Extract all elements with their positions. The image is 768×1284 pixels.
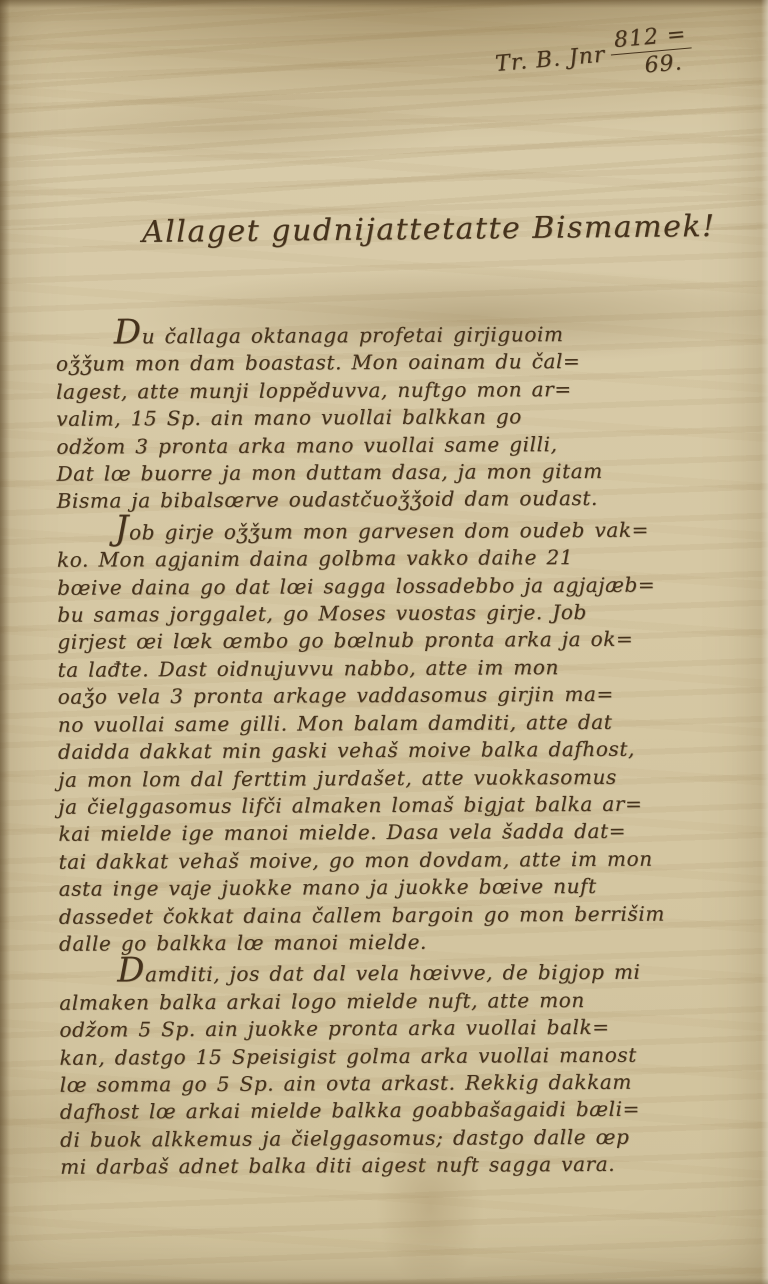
letter-line: daidda dakkat min gaski vehaš moive balk…	[58, 735, 734, 766]
letter-line: ja mon lom dal ferttim jurdašet, atte vu…	[58, 763, 734, 794]
page-edge-highlight-right	[761, 0, 768, 1284]
salutation: Allaget gudnijattetatte Bismamek!	[142, 209, 716, 250]
page-edge-shadow-left	[0, 0, 10, 1284]
registry-year: 69.	[612, 48, 694, 81]
page-edge-shadow-bottom	[0, 1278, 768, 1284]
registry-prefix: Tr. B. Jnr	[494, 43, 606, 78]
letter-line: bœive daina go dat lœi sagga lossadebbo …	[57, 571, 733, 602]
letter-line: Job girje oǯǯum mon garvesen dom oudeb v…	[57, 512, 733, 547]
letter-line: dassedet čokkat daina čallem bargoin go …	[59, 900, 735, 931]
letter-line: mi darbaš adnet balka diti aigest nuft s…	[60, 1150, 736, 1181]
letter-line: Bisma ja bibalsœrve oudastčuoǯǯoid dam o…	[57, 485, 733, 516]
registry-number-fraction: 812 =69.	[609, 22, 694, 82]
letter-line: tai dakkat vehaš moive, go mon dovdam, a…	[59, 845, 735, 876]
letter-line: dafhost lœ arkai mielde balkka goabbašag…	[60, 1096, 736, 1127]
letter-line: dalle go balkka lœ manoi mielde.	[59, 927, 735, 958]
letter-line: oǯǯum mon dam boastast. Mon oainam du ča…	[56, 348, 732, 379]
letter-line: bu samas jorggalet, go Moses vuostas gir…	[57, 598, 733, 629]
letter-line: odžom 3 pronta arka mano vuollai same gi…	[56, 430, 732, 461]
registry-note: Tr. B. Jnr812 =69.	[493, 22, 694, 92]
page-edge-shadow-top	[0, 0, 768, 8]
letter-line: oaǯo vela 3 pronta arkage vaddasomus gir…	[58, 681, 734, 712]
letter-line: Dat lœ buorre ja mon duttam dasa, ja mon…	[56, 457, 732, 488]
letter-line: kan, dastgo 15 Speisigist golma arka vuo…	[60, 1041, 736, 1072]
scanned-letter-page: Tr. B. Jnr812 =69. Allaget gudnijattetat…	[0, 0, 768, 1284]
letter-body: Du čallaga oktanaga profetai girjiguoimo…	[56, 316, 737, 1181]
letter-line: lœ somma go 5 Sp. ain ovta arkast. Rekki…	[60, 1068, 736, 1099]
letter-line: odžom 5 Sp. ain juokke pronta arka vuoll…	[59, 1013, 735, 1044]
letter-line: di buok alkkemus ja čielggasomus; dastgo…	[60, 1123, 736, 1154]
letter-line: valim, 15 Sp. ain mano vuollai balkkan g…	[56, 402, 732, 433]
letter-line: almaken balka arkai logo mielde nuft, at…	[59, 986, 735, 1017]
letter-line: ja čielggasomus lifči almaken lomaš bigj…	[58, 790, 734, 821]
letter-line: ta lađte. Dast oidnujuvvu nabbo, atte im…	[58, 653, 734, 684]
letter-line: no vuollai same gilli. Mon balam damditi…	[58, 708, 734, 739]
letter-line: Du čallaga oktanaga profetai girjiguoim	[56, 316, 732, 351]
letter-line: asta inge vaje juokke mano ja juokke bœi…	[59, 872, 735, 903]
letter-line: Damditi, jos dat dal vela hœivve, de big…	[59, 955, 735, 990]
letter-line: lagest, atte munji loppěduvva, nuftgo mo…	[56, 375, 732, 406]
letter-line: ko. Mon agjanim daina golbma vakko daihe…	[57, 543, 733, 574]
letter-line: girjest œi lœk œmbo go bœlnub pronta ark…	[57, 626, 733, 657]
letter-line: kai mielde ige manoi mielde. Dasa vela š…	[58, 818, 734, 849]
